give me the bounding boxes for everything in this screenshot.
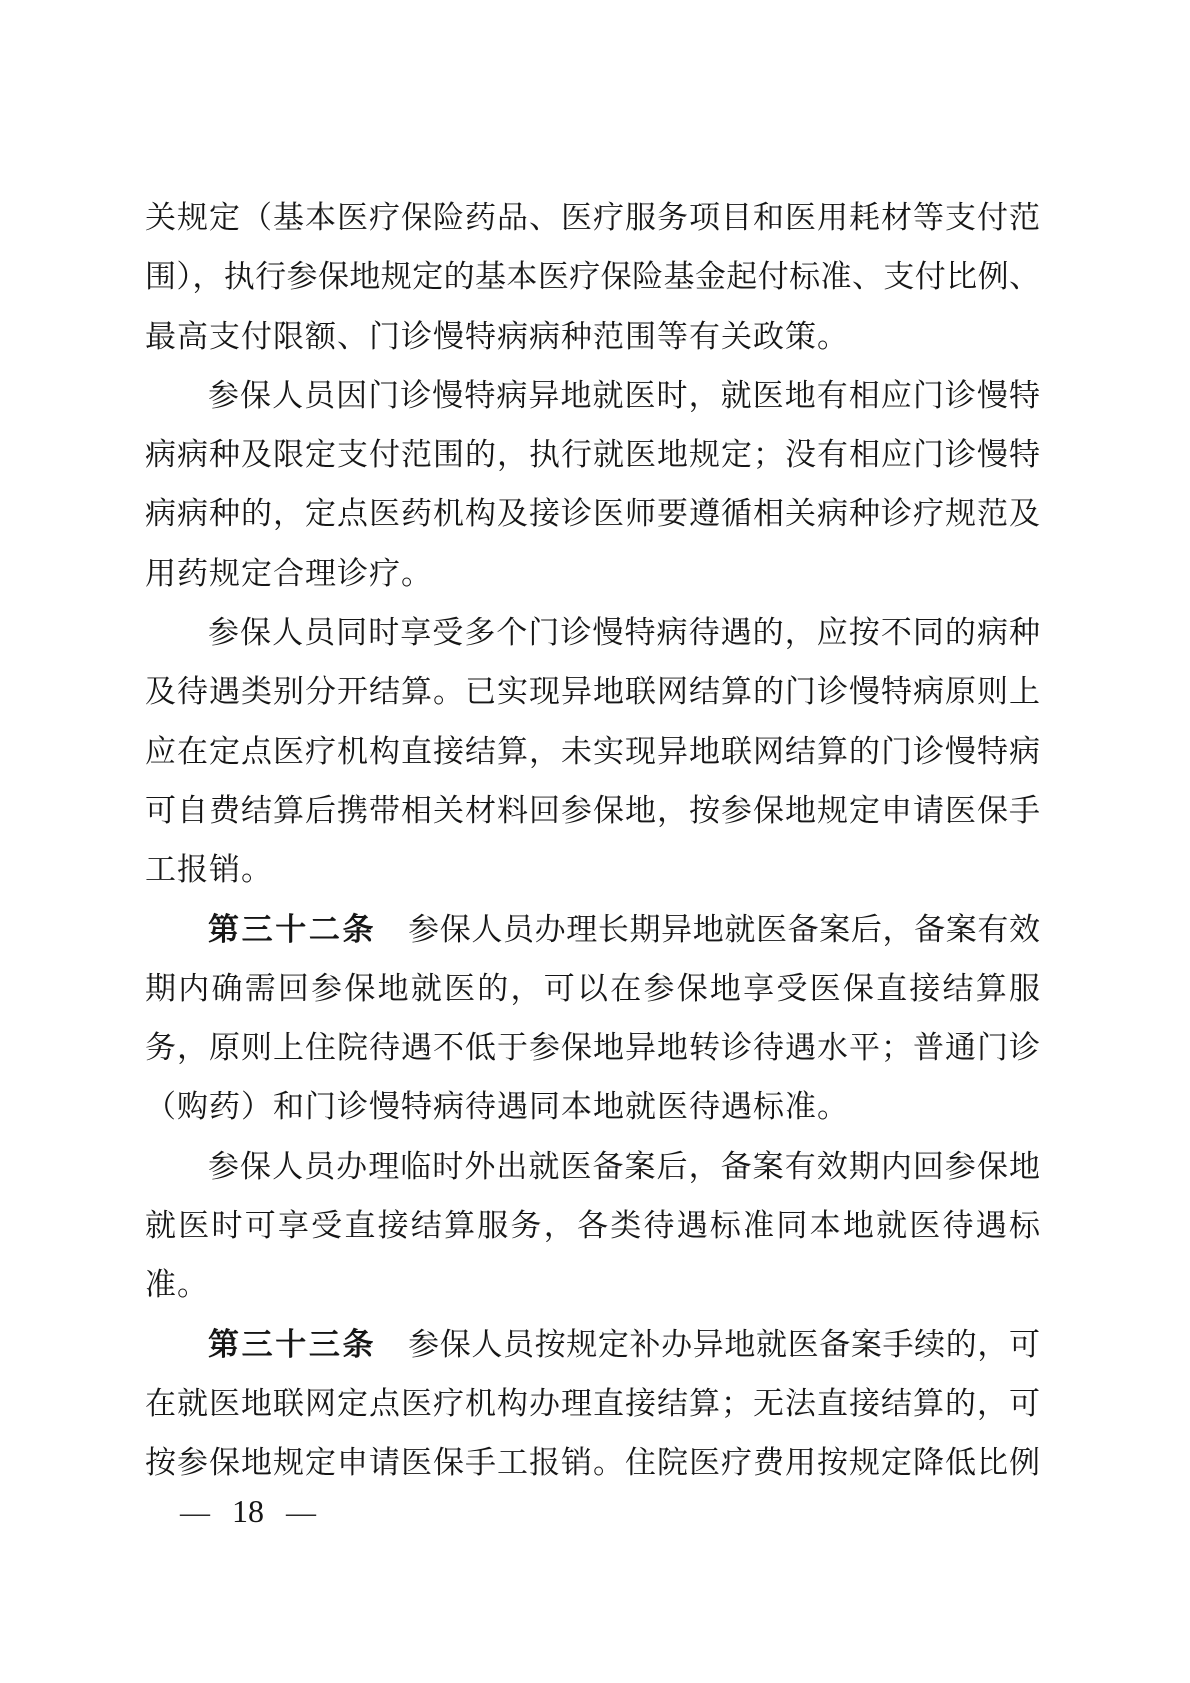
- page-number: 18: [232, 1493, 264, 1529]
- document-text-block: 关规定（基本医疗保险药品、医疗服务项目和医用耗材等支付范 围），执行参保地规定的…: [145, 188, 1040, 1493]
- document-line: 病病种及限定支付范围的，执行就医地规定；没有相应门诊慢特: [145, 425, 1040, 484]
- document-line-article-33: 第三十三条参保人员按规定补办异地就医备案手续的，可: [145, 1315, 1040, 1374]
- page-footer: —18—: [180, 1493, 316, 1529]
- document-line-paragraph-start: 参保人员因门诊慢特病异地就医时，就医地有相应门诊慢特: [145, 366, 1040, 425]
- document-line: 围），执行参保地规定的基本医疗保险基金起付标准、支付比例、: [145, 247, 1040, 306]
- document-line: 用药规定合理诊疗。: [145, 544, 1040, 603]
- document-page: 关规定（基本医疗保险药品、医疗服务项目和医用耗材等支付范 围），执行参保地规定的…: [0, 0, 1190, 1683]
- article-number-heading: 第三十三条: [208, 1327, 376, 1363]
- document-line-paragraph-start: 参保人员办理临时外出就医备案后，备案有效期内回参保地: [145, 1137, 1040, 1196]
- article-number-heading: 第三十二条: [208, 912, 376, 948]
- document-line-article-32: 第三十二条参保人员办理长期异地就医备案后，备案有效: [145, 900, 1040, 959]
- document-line: 就医时可享受直接结算服务，各类待遇标准同本地就医待遇标: [145, 1196, 1040, 1255]
- article-text: 参保人员按规定补办异地就医备案手续的，可: [408, 1327, 1040, 1362]
- footer-dash-right: —: [286, 1495, 316, 1531]
- document-line: 期内确需回参保地就医的，可以在参保地享受医保直接结算服: [145, 959, 1040, 1018]
- footer-dash-left: —: [180, 1495, 210, 1531]
- document-line: 应在定点医疗机构直接结算，未实现异地联网结算的门诊慢特病: [145, 722, 1040, 781]
- document-line: 按参保地规定申请医保手工报销。住院医疗费用按规定降低比例: [145, 1433, 1040, 1492]
- article-text: 参保人员办理长期异地就医备案后，备案有效: [408, 912, 1040, 947]
- document-line: 及待遇类别分开结算。已实现异地联网结算的门诊慢特病原则上: [145, 662, 1040, 721]
- document-line: 在就医地联网定点医疗机构办理直接结算；无法直接结算的，可: [145, 1374, 1040, 1433]
- document-line: 可自费结算后携带相关材料回参保地，按参保地规定申请医保手: [145, 781, 1040, 840]
- document-line: 病病种的，定点医药机构及接诊医师要遵循相关病种诊疗规范及: [145, 484, 1040, 543]
- document-line: 工报销。: [145, 840, 1040, 899]
- document-line: 关规定（基本医疗保险药品、医疗服务项目和医用耗材等支付范: [145, 188, 1040, 247]
- document-line-paragraph-start: 参保人员同时享受多个门诊慢特病待遇的，应按不同的病种: [145, 603, 1040, 662]
- document-line: （购药）和门诊慢特病待遇同本地就医待遇标准。: [145, 1077, 1040, 1136]
- document-line: 最高支付限额、门诊慢特病病种范围等有关政策。: [145, 307, 1040, 366]
- document-line: 务，原则上住院待遇不低于参保地异地转诊待遇水平；普通门诊: [145, 1018, 1040, 1077]
- document-line: 准。: [145, 1255, 1040, 1314]
